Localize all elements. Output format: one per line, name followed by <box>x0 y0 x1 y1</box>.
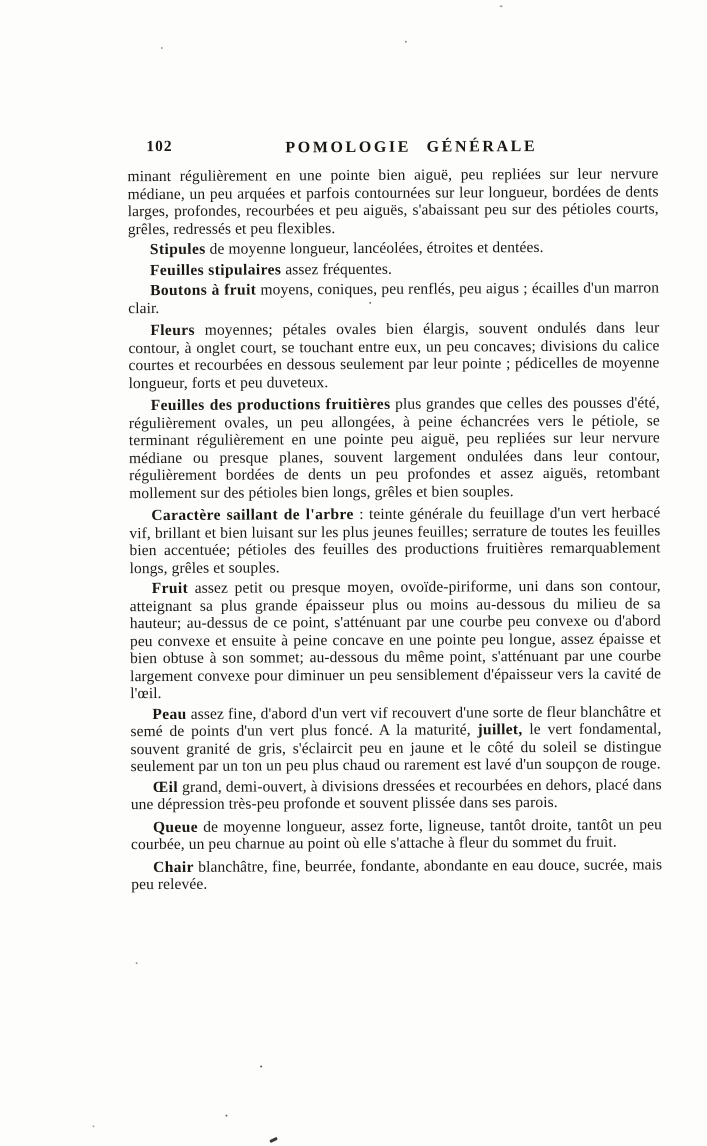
scan-speck <box>136 962 138 964</box>
paragraph-boutons-a-fruit: Boutons à fruit moyens, coniques, peu re… <box>128 279 659 317</box>
page-number: 102 <box>146 138 172 156</box>
scan-speck <box>405 41 407 43</box>
scan-speck <box>260 1065 262 1067</box>
headword: Feuilles des productions fruitières <box>151 396 391 414</box>
headword: Feuilles stipulaires <box>150 261 281 279</box>
paragraph-text: moyennes; pétales ovales bien élargis, s… <box>128 319 659 391</box>
scan-speck <box>369 302 371 304</box>
text-block: minant régulièrement en une pointe bien … <box>127 165 662 896</box>
scan-speck <box>500 5 503 7</box>
book-page: 102 POMOLOGIE GÉNÉRALE minant régulièrem… <box>0 0 707 1146</box>
headword: Œil <box>153 778 178 795</box>
page-content: 102 POMOLOGIE GÉNÉRALE minant régulièrem… <box>0 0 707 1146</box>
paragraph-queue: Queue de moyenne longueur, assez forte, … <box>131 816 662 854</box>
paragraph-text: minant régulièrement en une pointe bien … <box>127 165 658 237</box>
paragraph-fleurs: Fleurs moyennes; pétales ovales bien éla… <box>128 319 659 392</box>
paragraph-peau: Peau assez fine, d'abord d'un vert vif r… <box>130 703 661 776</box>
paragraph-stipules: Stipules de moyenne longueur, lancéolées… <box>128 238 659 258</box>
headword: Fleurs <box>150 322 195 339</box>
paragraph-text: de moyenne longueur, assez forte, ligneu… <box>131 816 662 853</box>
paragraph-feuilles-stipulaires: Feuilles stipulaires assez fréquentes. <box>128 259 659 279</box>
scan-speck <box>269 1137 278 1143</box>
paragraph-continuation: minant régulièrement en une pointe bien … <box>127 165 658 238</box>
scan-speck <box>92 1125 94 1127</box>
paragraph-feuilles-productions: Feuilles des productions fruitières plus… <box>129 394 661 502</box>
scan-speck <box>161 47 163 49</box>
paragraph-caractere-saillant: Caractère saillant de l'arbre : teinte g… <box>129 504 660 577</box>
headword: Boutons à fruit <box>150 282 256 300</box>
paragraph-chair: Chair blanchâtre, fine, beurrée, fondant… <box>131 856 662 894</box>
headword: Caractère saillant de l'arbre <box>151 506 354 524</box>
paragraph-text: assez petit ou presque moyen, ovoïde-pir… <box>130 577 661 702</box>
paragraph-fruit: Fruit assez petit ou presque moyen, ovoï… <box>130 577 662 702</box>
headword: Peau <box>152 705 186 722</box>
paragraph-text: assez fréquentes. <box>285 260 392 278</box>
headword: Chair <box>153 858 194 875</box>
scan-speck <box>225 1115 227 1117</box>
paragraph-text: blanchâtre, fine, beurrée, fondante, abo… <box>131 856 662 893</box>
paragraph-text: grand, demi-ouvert, à divisions dressées… <box>131 776 662 813</box>
paragraph-oeil: Œil grand, demi-ouvert, à divisions dres… <box>131 776 662 814</box>
headword: Queue <box>153 818 198 835</box>
headword: Stipules <box>150 241 206 258</box>
inline-bold-juillet: juillet, <box>477 721 522 738</box>
headword: Fruit <box>152 580 189 597</box>
paragraph-text: de moyenne longueur, lancéolées, étroite… <box>210 239 544 258</box>
running-title: POMOLOGIE GÉNÉRALE <box>285 138 537 157</box>
